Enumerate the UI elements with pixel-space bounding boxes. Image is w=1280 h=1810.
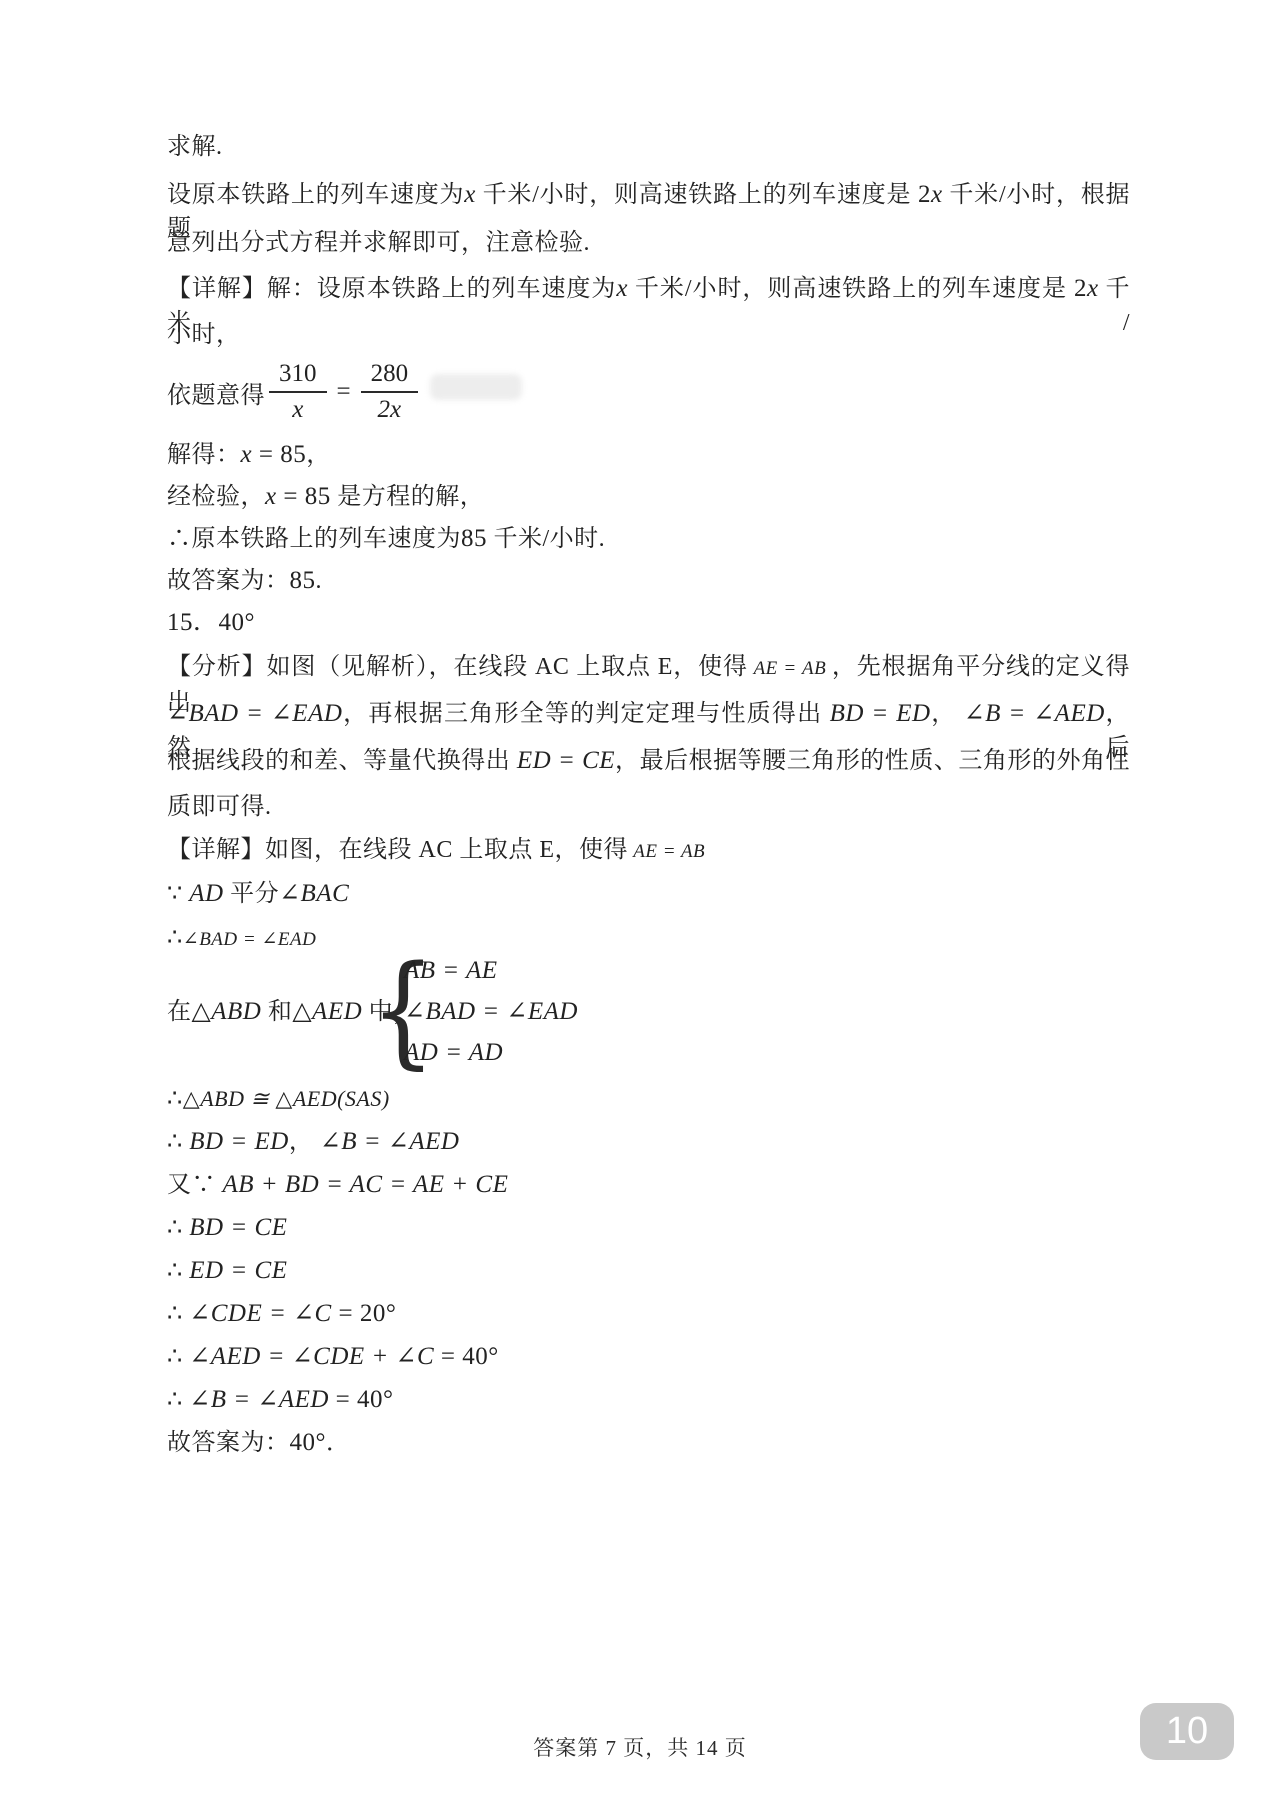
fraction-rhs: 280 2x (361, 359, 419, 425)
text-segment: 和 (261, 999, 292, 1025)
text-segment: BD = CE (189, 1214, 287, 1241)
text-segment: ∠BAD = ∠EAD (167, 700, 342, 727)
fraction-rhs-numerator: 280 (361, 359, 419, 393)
text-segment: BD = ED (189, 1128, 289, 1155)
text-segment: 【分析】如图（见解析），在线段 AC 上取点 E，使得 (167, 654, 748, 680)
solution-line: ∴∠BAD = ∠EAD (167, 921, 316, 957)
solution-line: 又∵ AB + BD = AC = AE + CE (167, 1168, 508, 1202)
fraction-rhs-denominator: 2x (368, 393, 412, 425)
text-segment: 又∵ (167, 1172, 223, 1198)
text-segment: ∴ (167, 1215, 189, 1241)
text-segment: 【详解】解：设原本铁路上的列车速度为 (167, 276, 616, 302)
solution-line: 故答案为：85. (167, 564, 322, 598)
text-segment: ，再根据三角形全等的判定定理与性质得出 (342, 701, 829, 727)
text-segment: ∠B = ∠AED (320, 1128, 460, 1155)
text-segment: = 40° (434, 1343, 499, 1370)
solution-line: 意列出分式方程并求解即可，注意检验. (167, 226, 590, 260)
system-equation: AD = AD (404, 1032, 578, 1073)
text-segment: 平分 (224, 881, 280, 907)
system-equation: ∠BAD = ∠EAD (404, 991, 578, 1032)
text-segment: = 85 (277, 483, 331, 510)
text-segment: ∠BAD = ∠EAD (183, 929, 317, 950)
solution-line: ∵ AD 平分∠BAC (167, 877, 349, 911)
answer-15-header: 15．40° (167, 606, 255, 640)
text-segment: 根据线段的和差、等量代换得出 (167, 748, 517, 774)
text-segment: 千米/小时，则高速铁路上的列车速度是 (476, 182, 918, 208)
solution-line: 解得：x = 85， (167, 438, 331, 472)
text-segment: 意列出分式方程并求解即可，注意检验. (167, 230, 590, 256)
text-segment: ∠B = ∠AED (189, 1386, 329, 1413)
text-segment: AE = AB (628, 841, 705, 862)
text-segment: 2 (918, 181, 931, 208)
text-segment: BD = ED (830, 700, 931, 727)
text-segment: x (931, 181, 943, 208)
final-answer-line: 故答案为：40°． (167, 1426, 351, 1460)
solution-line: 求解. (167, 130, 223, 164)
text-segment: 85 (461, 525, 487, 552)
text-segment: 85 (290, 567, 316, 594)
text-segment: ， (289, 1129, 320, 1155)
fraction-lhs: 310 x (269, 359, 327, 425)
text-segment: ED = CE (189, 1257, 287, 1284)
text-segment: . (316, 568, 323, 594)
text-segment: 故答案为： (167, 568, 290, 594)
text-segment: ∴ (167, 1129, 189, 1155)
equation-system: AB = AE ∠BAD = ∠EAD AD = AD (404, 950, 578, 1073)
page-footer: 答案第 7 页，共 14 页 (0, 1732, 1280, 1762)
text-segment: △ABD ≅ △AED(SAS) (183, 1086, 390, 1111)
text-segment: 千米/小时. (487, 526, 605, 552)
page-number-badge: 10 (1140, 1703, 1234, 1760)
text-segment: ∴ (167, 1387, 189, 1413)
text-segment: 40° (290, 1429, 327, 1456)
text-segment: 经检验， (167, 484, 265, 510)
text-segment: ∴ (167, 1086, 183, 1112)
text-segment: 求解. (167, 134, 223, 160)
text-segment: ∠B = ∠AED (964, 700, 1105, 727)
solution-line: 小时， (167, 318, 241, 352)
text-segment: ∴ (167, 1258, 189, 1284)
text-segment: ∠CDE = ∠C (189, 1300, 331, 1327)
analysis-line: 根据线段的和差、等量代换得出 ED = CE，最后根据等腰三角形的性质、三角形的… (167, 744, 1130, 778)
text-segment: ，最后根据等腰三角形的性质、三角形的外角性 (615, 748, 1130, 774)
text-segment: = 40° (329, 1386, 394, 1413)
text-segment: ， (931, 701, 964, 727)
text-segment: 在 (167, 999, 192, 1025)
text-segment: x (464, 181, 476, 208)
text-segment: AD (189, 880, 223, 907)
fraction-lhs-numerator: 310 (269, 359, 327, 393)
text-segment: AE = AB (748, 658, 832, 679)
text-segment: x (241, 441, 253, 468)
solution-line: ∴原本铁路上的列车速度为85 千米/小时. (167, 522, 605, 556)
system-equation: AB = AE (404, 950, 578, 991)
solution-line: ∴ ED = CE (167, 1254, 287, 1288)
text-segment: △ABD (192, 998, 262, 1025)
answer-sheet-page: 求解. 设原本铁路上的列车速度为x 千米/小时，则高速铁路上的列车速度是 2x … (0, 0, 1280, 1810)
solution-line: ∴ ∠CDE = ∠C = 20° (167, 1297, 396, 1331)
solution-line: ∴ ∠B = ∠AED = 40° (167, 1383, 394, 1417)
text-segment: 【详解】如图，在线段 AC 上取点 E，使得 (167, 837, 628, 863)
text-segment: △AED (292, 998, 362, 1025)
text-segment: = 20° (332, 1300, 397, 1327)
text-segment: ∴ (167, 1301, 189, 1327)
solution-line: ∴ BD = CE (167, 1211, 287, 1245)
text-segment: 质即可得. (167, 794, 272, 820)
solution-line: ∴ ∠AED = ∠CDE + ∠C = 40° (167, 1340, 499, 1374)
text-segment: ∠AED = ∠CDE + ∠C (189, 1343, 434, 1370)
watermark-smudge (430, 374, 522, 400)
text-segment: ∴ (167, 1344, 189, 1370)
text-segment: AB + BD = AC = AE + CE (223, 1171, 509, 1198)
fraction-lhs-denominator: x (282, 393, 313, 425)
equals-sign: = (337, 378, 351, 406)
solution-line: 经检验，x = 85 是方程的解， (167, 480, 484, 514)
text-segment: 2 (1074, 275, 1087, 302)
text-segment: 设原本铁路上的列车速度为 (167, 182, 464, 208)
solution-line: 【详解】如图，在线段 AC 上取点 E，使得 AE = AB (167, 833, 705, 869)
text-segment: ∴原本铁路上的列车速度为 (167, 526, 461, 552)
text-segment: ∴ (167, 925, 183, 951)
text-segment: 是方程的解， (331, 484, 485, 510)
solution-line: ∴ BD = ED， ∠B = ∠AED (167, 1125, 459, 1159)
text-segment: = 85 (252, 441, 306, 468)
text-segment: 故答案为： (167, 1430, 290, 1456)
text-segment: ∵ (167, 881, 189, 907)
text-segment: ED = CE (517, 747, 615, 774)
text-segment: 千米/小时，则高速铁路上的列车速度是 (628, 276, 1074, 302)
solution-line: ∴△ABD ≅ △AED(SAS) (167, 1082, 390, 1116)
text-segment: 解得： (167, 442, 241, 468)
fraction-equation: 依题意得 310 x = 280 2x (167, 352, 522, 432)
text-segment: 15．40° (167, 609, 255, 636)
equation-prefix: 依题意得 (167, 375, 265, 410)
text-segment: x (265, 483, 277, 510)
analysis-line: 质即可得. (167, 790, 272, 824)
text-segment: ∠BAC (279, 880, 349, 907)
text-segment: 小时， (167, 322, 241, 348)
text-segment: x (616, 275, 628, 302)
text-segment: ， (306, 442, 331, 468)
text-segment: x (1087, 275, 1099, 302)
text-segment: ． (326, 1430, 351, 1456)
solution-line: 【详解】解：设原本铁路上的列车速度为x 千米/小时，则高速铁路上的列车速度是 2… (167, 272, 1130, 340)
